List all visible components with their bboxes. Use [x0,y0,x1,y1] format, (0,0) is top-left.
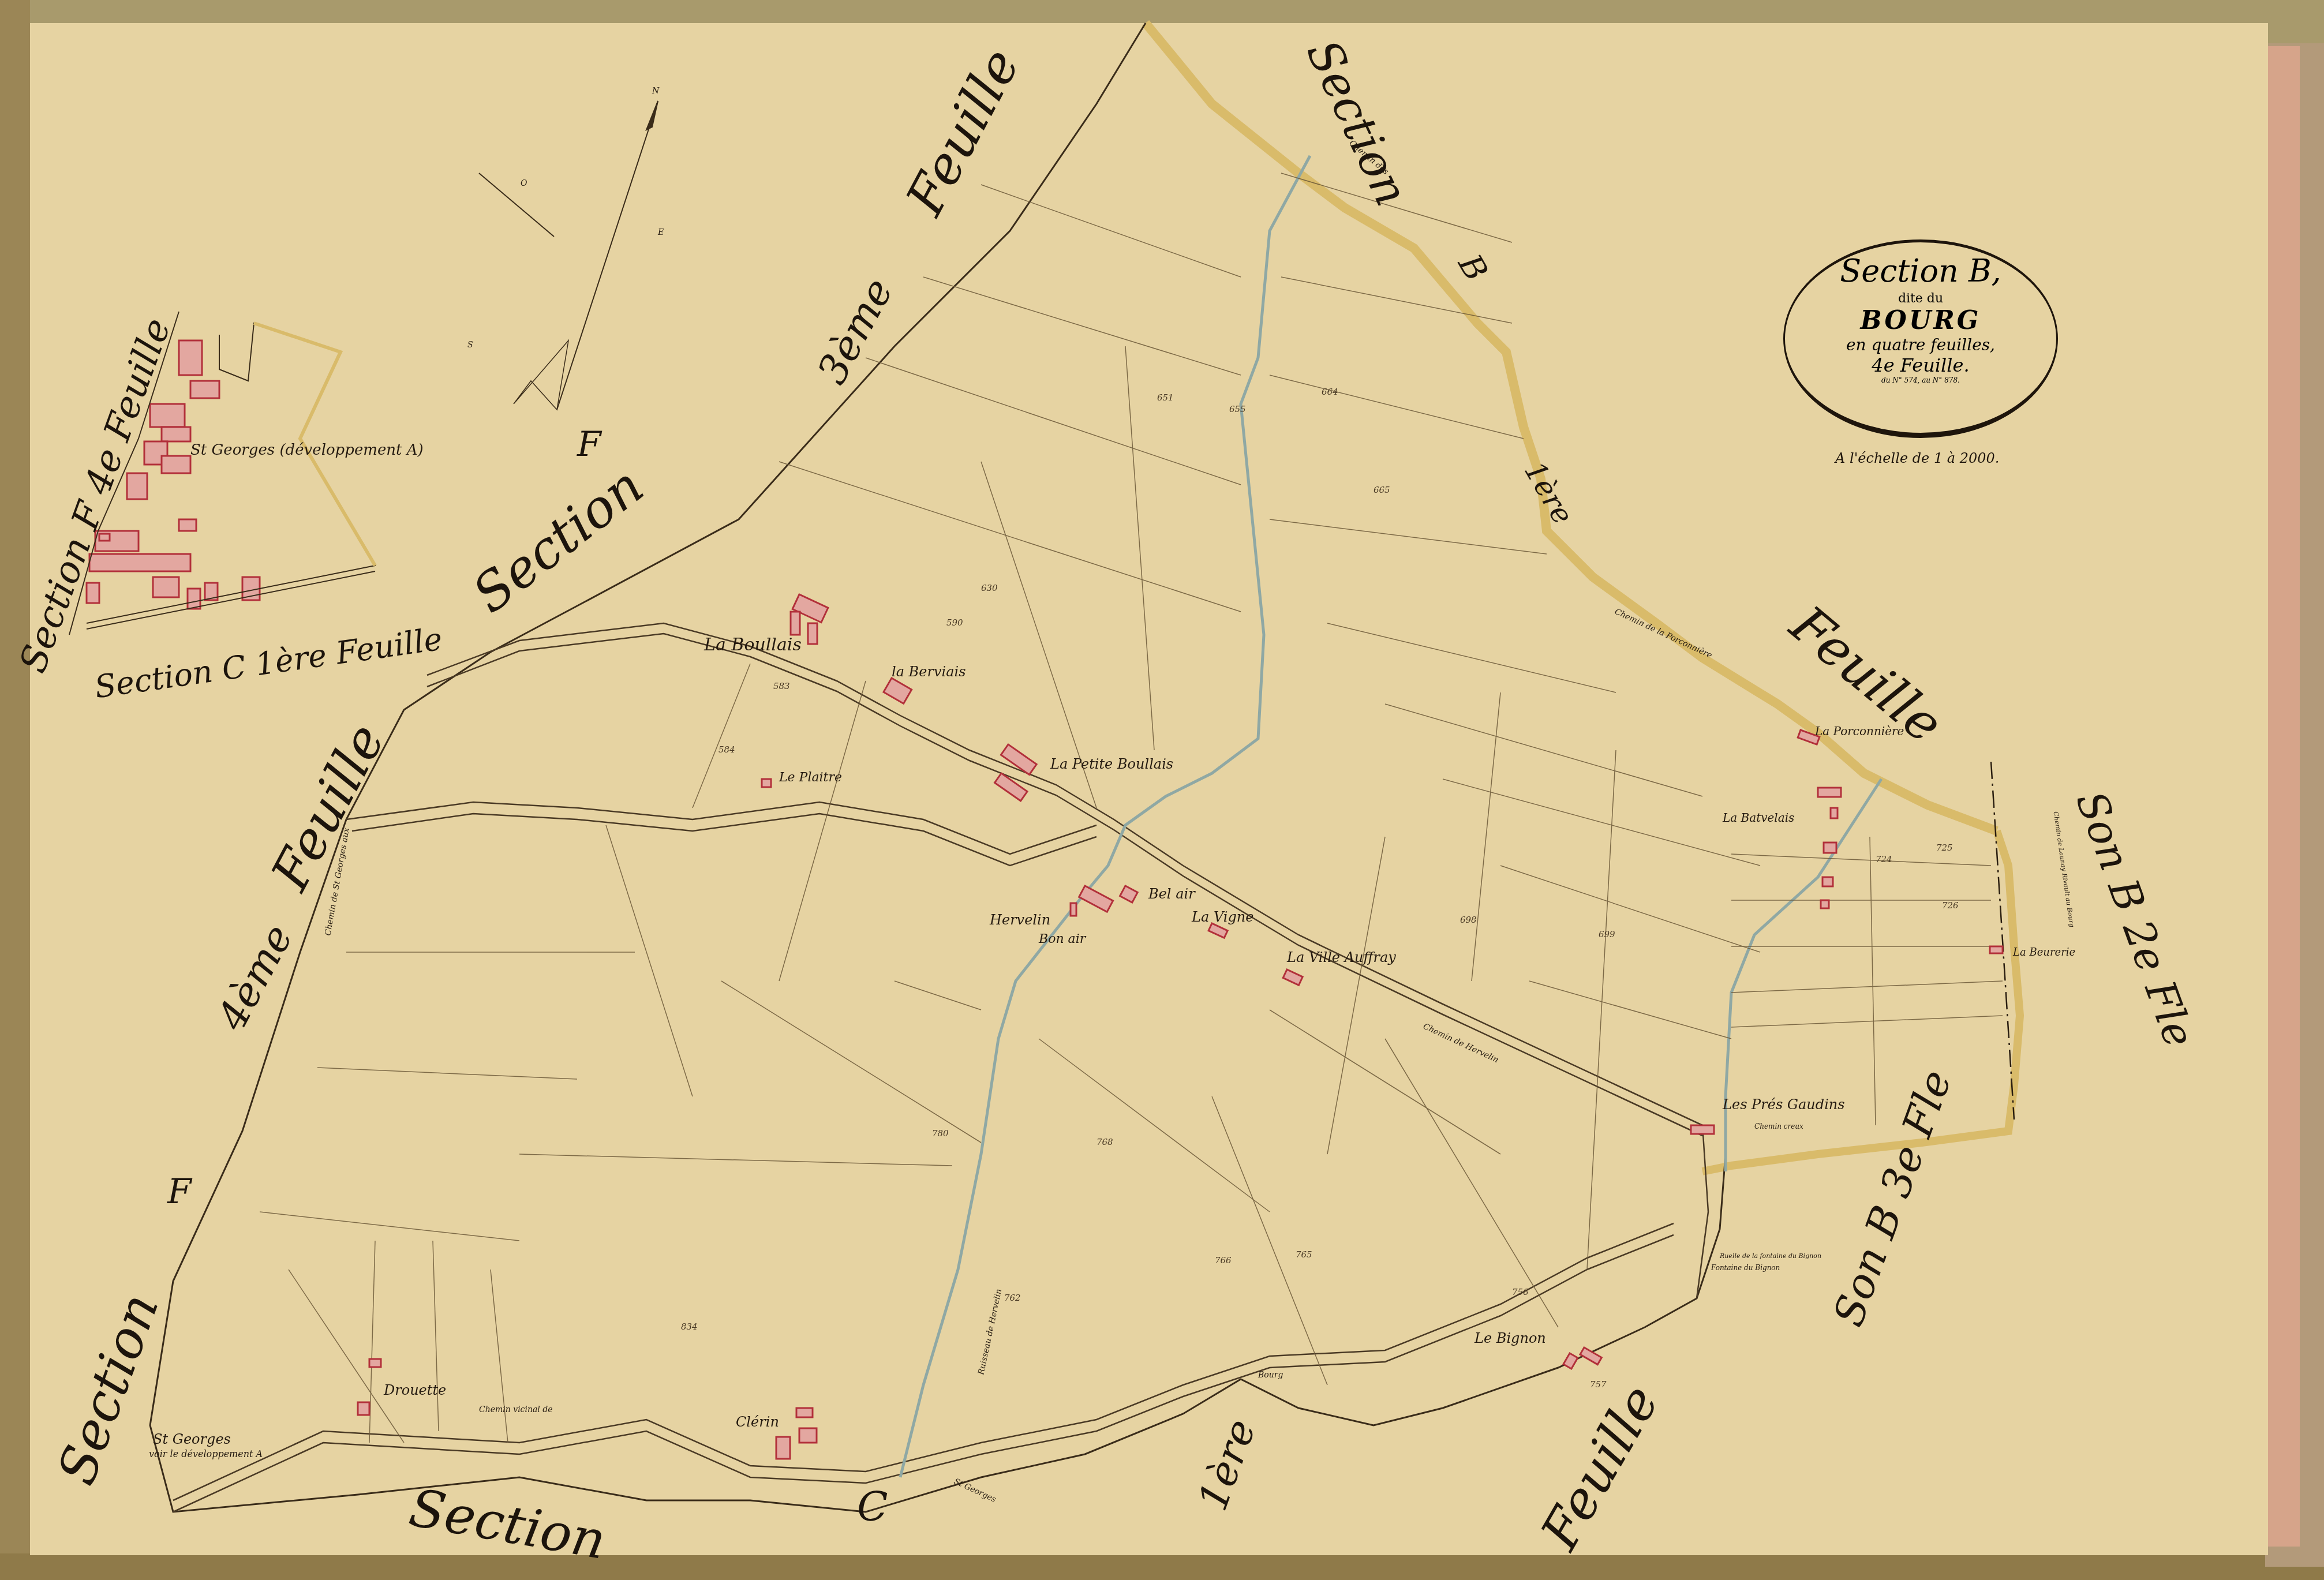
border-bottom-c: C [857,1483,888,1530]
parcel-number: 780 [932,1128,949,1139]
place-les-pres-gaudins: Les Prés Gaudins [1723,1096,1845,1113]
border-left-f2: F [167,1171,192,1212]
parcel-number: 665 [1374,485,1390,495]
cartouche-section: Section B, [1785,253,2056,289]
road-chemin-creux: Chemin creux [1754,1122,1803,1130]
parcel-number: 651 [1157,392,1174,403]
place-clerin: Clérin [736,1414,779,1430]
parcel-number: 765 [1296,1249,1312,1260]
place-fontaine-du-bignon: Fontaine du Bignon [1711,1264,1780,1272]
parcel-number: 698 [1460,915,1477,925]
parcel-number: 655 [1229,404,1246,414]
compass-east-label: E [658,228,664,237]
place-la-beurerie: La Beurerie [2013,946,2075,959]
place-bon-air: Bon air [1039,932,1086,946]
place-drouette: Drouette [384,1382,446,1398]
roads [173,623,1708,1512]
road-chemin-vicinal: Chemin vicinal de [479,1405,552,1414]
scale-text: A l'échelle de 1 à 2000. [1835,450,1999,466]
place-le-plaitre: Le Plaitre [779,770,842,785]
place-la-berviais: la Berviais [892,664,965,680]
place-la-vigne: La Vigne [1192,909,1253,925]
place-st-georges: St Georges [153,1431,231,1447]
parcel-number: 583 [773,681,790,691]
parcel-number: 762 [1004,1293,1021,1303]
compass-south-label: S [467,340,473,350]
yellow-boundary-east [1702,831,2020,1171]
parcel-number: 664 [1322,387,1338,397]
place-le-bignon: Le Bignon [1475,1330,1546,1346]
place-la-ville-auffray: La Ville Auffray [1287,949,1396,965]
parcel-number: 630 [981,583,998,593]
title-cartouche: Section B, dite du BOURG en quatre feuil… [1783,239,2058,438]
parcel-number: 757 [1590,1379,1607,1390]
parcel-number: 834 [681,1321,698,1332]
border-left-f: F [577,424,601,465]
place-voir-developpement: voir le développement A [149,1448,263,1459]
road-bourg: Bourg [1258,1371,1283,1380]
place-la-boullais: La Boullais [704,635,802,655]
place-la-batvelais: La Batvelais [1723,811,1794,825]
map-frame: Section B, dite du BOURG en quatre feuil… [0,0,2324,1580]
compass-rose [479,101,658,410]
compass-west-label: O [521,179,527,188]
parcel-number: 766 [1215,1255,1232,1266]
section-outer-boundary [150,23,1726,1512]
cartouche-quatre-feuilles: en quatre feuilles, [1785,335,2056,354]
cartouche-dite-du: dite du [1785,291,2056,306]
parcel-number: 584 [718,744,735,755]
place-hervelin: Hervelin [990,912,1050,928]
compass-north-label: N [652,87,659,96]
cartouche-parcel-range: du N° 574, au N° 878. [1785,376,2056,384]
place-la-porconniere: La Porconnière [1815,724,1904,738]
parcel-number: 768 [1096,1137,1113,1147]
cartouche-4e-feuille: 4e Feuille. [1785,354,2056,376]
cartouche-bourg: BOURG [1785,306,2056,335]
place-la-petite-boullais: La Petite Boullais [1050,756,1173,772]
parcel-number: 590 [946,617,963,628]
parcel-number: 699 [1599,929,1615,939]
parcel-number: 725 [1936,843,1953,853]
inset-title: St Georges (développement A) [190,441,424,459]
parcel-number: 724 [1876,854,1892,864]
place-ruelle-fontaine: Ruelle de la fontaine du Bignon [1720,1252,1821,1260]
parcel-number: 756 [1512,1287,1529,1297]
parcel-number: 726 [1942,900,1959,911]
place-bel-air: Bel air [1148,886,1195,902]
